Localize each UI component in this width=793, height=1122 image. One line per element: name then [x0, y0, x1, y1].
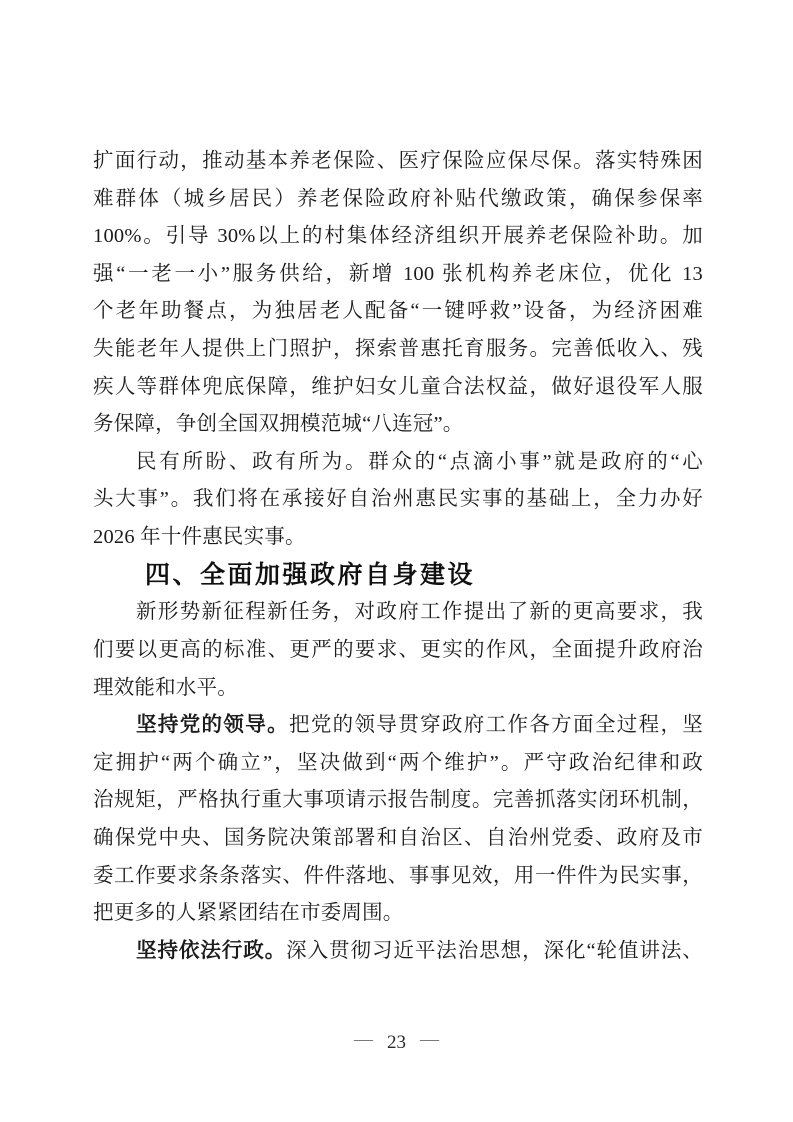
text-line: 头大事”。我们将在承接好自治州惠民实事的基础上，全力办好 — [93, 481, 703, 519]
text-line: 坚持党的领导。把党的领导贯穿政府工作各方面全过程，坚 — [93, 707, 703, 745]
page-number: 23 — [387, 1028, 406, 1058]
lead-line-rest: 深入贯彻习近平法治思想，深化“轮值讲法、 — [286, 940, 703, 962]
lead-line-rest: 把党的领导贯穿政府工作各方面全过程，坚 — [289, 714, 703, 736]
paragraph-livelihood-pledge: 民有所盼、政有所为。群众的“点滴小事”就是政府的“心 头大事”。我们将在承接好自… — [93, 444, 703, 557]
paragraph-rule-of-law: 坚持依法行政。深入贯彻习近平法治思想，深化“轮值讲法、 — [93, 933, 703, 971]
paragraph-party-leadership: 坚持党的领导。把党的领导贯穿政府工作各方面全过程，坚 定拥护“两个确立”，坚决做… — [93, 707, 703, 933]
section-heading: 四、全面加强政府自身建设 — [93, 557, 703, 595]
footer-dash-right: — — [420, 1029, 439, 1050]
text-line: 委工作要求条条落实、件件落地、事事见效，用一件件为民实事， — [93, 858, 703, 896]
bold-lead-party-leadership: 坚持党的领导。 — [136, 714, 289, 736]
paragraph-social-security: 扩面行动，推动基本养老保险、医疗保险应保尽保。落实特殊困 难群体（城乡居民）养老… — [93, 143, 703, 444]
text-line: 个老年助餐点，为独居老人配备“一键呼救”设备，为经济困难 — [93, 293, 703, 331]
text-line: 治规矩，严格执行重大事项请示报告制度。完善抓落实闭环机制， — [93, 782, 703, 820]
text-line: 定拥护“两个确立”，坚决做到“两个维护”。严守政治纪律和政 — [93, 745, 703, 783]
text-line: 新形势新征程新任务，对政府工作提出了新的更高要求，我 — [93, 594, 703, 632]
text-line: 难群体（城乡居民）养老保险政府补贴代缴政策，确保参保率 — [93, 181, 703, 219]
text-line: 坚持依法行政。深入贯彻习近平法治思想，深化“轮值讲法、 — [93, 933, 703, 971]
text-line: 强“一老一小”服务供给，新增 100 张机构养老床位，优化 13 — [93, 256, 703, 294]
page-footer: —23— — [0, 1028, 793, 1058]
bold-lead-rule-of-law: 坚持依法行政。 — [136, 940, 286, 962]
text-line: 把更多的人紧紧团结在市委周围。 — [93, 895, 703, 933]
text-line: 们要以更高的标准、更严的要求、更实的作风，全面提升政府治 — [93, 632, 703, 670]
text-line: 务保障，争创全国双拥模范城“八连冠”。 — [93, 406, 703, 444]
text-line: 100%。引导 30%以上的村集体经济组织开展养老保险补助。加 — [93, 218, 703, 256]
text-line: 失能老年人提供上门照护，探索普惠托育服务。完善低收入、残 — [93, 331, 703, 369]
text-line: 民有所盼、政有所为。群众的“点滴小事”就是政府的“心 — [93, 444, 703, 482]
text-line: 扩面行动，推动基本养老保险、医疗保险应保尽保。落实特殊困 — [93, 143, 703, 181]
text-line: 确保党中央、国务院决策部署和自治区、自治州党委、政府及市 — [93, 820, 703, 858]
paragraph-new-requirements: 新形势新征程新任务，对政府工作提出了新的更高要求，我 们要以更高的标准、更严的要… — [93, 594, 703, 707]
footer-dash-left: — — [354, 1029, 373, 1050]
document-body: 扩面行动，推动基本养老保险、医疗保险应保尽保。落实特殊困 难群体（城乡居民）养老… — [93, 143, 703, 970]
text-line: 2026 年十件惠民实事。 — [93, 519, 703, 557]
text-line: 疾人等群体兜底保障，维护妇女儿童合法权益，做好退役军人服 — [93, 369, 703, 407]
document-page: 扩面行动，推动基本养老保险、医疗保险应保尽保。落实特殊困 难群体（城乡居民）养老… — [0, 0, 793, 1122]
text-line: 理效能和水平。 — [93, 670, 703, 708]
